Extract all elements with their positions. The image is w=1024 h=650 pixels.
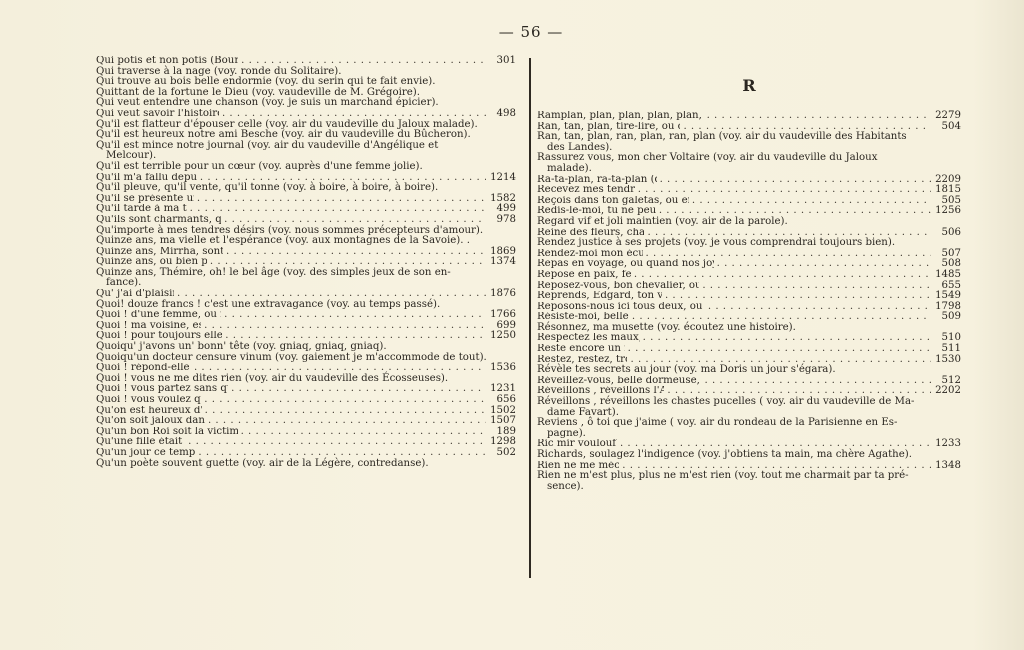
index-entry: Reçois dans ton galetas, ou enfin, v'là … xyxy=(537,196,961,207)
dot-leader xyxy=(226,247,486,258)
section-letter-heading: R xyxy=(537,76,961,95)
index-entry: Quoi ! d'une femme, ou n'est-ce pas d'el… xyxy=(96,310,516,321)
dot-leader xyxy=(717,259,931,270)
dot-leader xyxy=(205,406,486,417)
entry-title: Qu'on est heureux d'être Gascon. xyxy=(96,406,202,417)
entry-title-continuation: sence). xyxy=(537,482,961,493)
entry-title: Rendez justice à ses projets (voy. je vo… xyxy=(537,237,895,248)
entry-reference-number: 301 xyxy=(490,56,516,67)
index-entry: Qu'il est terrible pour un cœur (voy. au… xyxy=(96,162,516,173)
dot-leader xyxy=(204,321,486,332)
index-entry: Regard vif et joli maintien (voy. air de… xyxy=(537,217,961,228)
dot-leader xyxy=(628,344,931,355)
entry-title: Qu'on soit jaloux dans sa jeunesse. xyxy=(96,416,205,427)
entry-title: Quinze ans, ma vielle et l'espérance (vo… xyxy=(96,235,470,246)
entry-reference-number: 504 xyxy=(935,122,961,133)
entry-reference-number: 1256 xyxy=(935,206,961,217)
index-entry: Reposez-vous, bon chevalier, ou que je d… xyxy=(537,281,961,292)
index-entry: Recevez mes tendres secrets.1815 xyxy=(537,185,961,196)
entry-title: Repas en voyage, ou quand nos joyeux ver… xyxy=(537,259,714,270)
entry-reference-number: 1485 xyxy=(935,270,961,281)
index-entry: Respectez les maux, les ennuis.510 xyxy=(537,333,961,344)
dot-leader xyxy=(708,302,931,313)
entry-title: Quoi ! vous voulez que le hasard. xyxy=(96,395,201,406)
entry-title: Quinze ans, Thémire, oh! le bel âge (voy… xyxy=(96,267,451,278)
dot-leader xyxy=(704,376,931,387)
entry-title: Qui trouve au bois belle endormie (voy. … xyxy=(96,76,435,87)
index-entry: Ramplan, plan, plan, plan, plan, plan, p… xyxy=(537,111,961,122)
index-entry: Qu'il se présente un agréable.1582 xyxy=(96,194,516,205)
dot-leader xyxy=(241,427,486,438)
dot-leader xyxy=(204,395,486,406)
index-entry: Ra-ta-plan, ra-ta-plan (des Huguenots).2… xyxy=(537,175,961,186)
entry-title: Quoi ! d'une femme, ou n'est-ce pas d'el… xyxy=(96,310,221,321)
index-entry: Repose en paix, femme jolie1485 xyxy=(537,270,961,281)
index-entry: Qu'il pleuve, qu'il vente, qu'il tonne (… xyxy=(96,183,516,194)
page-number: — 56 — xyxy=(0,23,1024,41)
entry-title: Respectez les maux, les ennuis. xyxy=(537,333,640,344)
dot-leader xyxy=(190,204,486,215)
entry-title: Qu'il se présente un agréable. xyxy=(96,194,194,205)
entry-title: Qu'un poète souvent guette (voy. air de … xyxy=(96,458,429,469)
dot-leader xyxy=(692,196,931,207)
entry-title: Reste encore un moment. xyxy=(537,344,625,355)
index-entry: Quoi ! vous voulez que le hasard.656 xyxy=(96,395,516,406)
entry-title: Recevez mes tendres secrets. xyxy=(537,185,635,196)
entry-title: Rendez-moi mon écuelle de bois. xyxy=(537,249,643,260)
right-column-index: Ramplan, plan, plan, plan, plan, plan, p… xyxy=(537,111,961,492)
index-entry: Qui veut entendre une chanson (voy. je s… xyxy=(96,98,516,109)
index-entry: Quinze ans, Thémire, oh! le bel âge (voy… xyxy=(96,268,516,289)
dot-leader xyxy=(188,437,486,448)
entry-title: Qu'il est terrible pour un cœur (voy. au… xyxy=(96,161,423,172)
dot-leader xyxy=(224,310,486,321)
entry-title: Qu'il pleuve, qu'il vente, qu'il tonne (… xyxy=(96,182,438,193)
entry-title: Réveillons , réveillons les chastes puce… xyxy=(537,396,914,407)
entry-title: Richards, soulagez l'indigence (voy. j'o… xyxy=(537,449,912,460)
index-entry: Quoi! douze francs ! c'est une extravaga… xyxy=(96,300,516,311)
index-entry: Reposons-nous ici tous deux, ou dormez d… xyxy=(537,302,961,313)
index-entry: Quinze ans, ma vielle et l'espérance (vo… xyxy=(96,236,516,247)
entry-title-continuation: fance). xyxy=(96,278,516,289)
entry-title: Révèle tes secrets au jour (voy. ma Dori… xyxy=(537,364,836,375)
entry-title: Quoiqu' j'avons un' bonn' tête (voy. gni… xyxy=(96,341,387,352)
entry-reference-number: 506 xyxy=(935,228,961,239)
index-entry: Qu'il est mince notre journal (voy. air … xyxy=(96,141,516,162)
index-entry: Repas en voyage, ou quand nos joyeux ver… xyxy=(537,259,961,270)
entry-title: Ramplan, plan, plan, plan, plan, plan, p… xyxy=(537,111,704,122)
entry-reference-number: 978 xyxy=(490,215,516,226)
entry-title: Ra-ta-plan, ra-ta-plan (des Huguenots). xyxy=(537,175,657,186)
entry-reference-number: 1250 xyxy=(490,331,516,342)
entry-title: Reposons-nous ici tous deux, ou dormez d… xyxy=(537,302,705,313)
entry-title: Réveillez-vous, belle dormeuse, ou Phili… xyxy=(537,376,701,387)
entry-title: Qui veut entendre une chanson (voy. je s… xyxy=(96,97,439,108)
entry-title: Quoi ! vous ne me dites rien (voy. air d… xyxy=(96,373,448,384)
entry-title: Qui traverse à la nage (voy. ronde du So… xyxy=(96,66,341,77)
index-entry: Quoi ! vous ne me dites rien (voy. air d… xyxy=(96,374,516,385)
entry-title: Ran, tan, plan, ran, plan, ran, plan (vo… xyxy=(537,131,907,142)
entry-reference-number: 656 xyxy=(490,395,516,406)
dot-leader xyxy=(646,249,931,260)
entry-title: Quoi! douze francs ! c'est une extravaga… xyxy=(96,299,440,310)
entry-reference-number: 1214 xyxy=(490,173,516,184)
index-entry: Qu'on est heureux d'être Gascon.1502 xyxy=(96,406,516,417)
entry-reference-number: 1374 xyxy=(490,257,516,268)
entry-reference-number: 498 xyxy=(490,109,516,120)
entry-reference-number: 1876 xyxy=(490,289,516,300)
index-entry: Résonnez, ma musette (voy. écoutez une h… xyxy=(537,323,961,334)
index-entry: Qu'on soit jaloux dans sa jeunesse.1507 xyxy=(96,416,516,427)
entry-title: Reprends, Edgard, ton vaillant cimeterre… xyxy=(537,291,662,302)
entry-title: Rassurez vous, mon cher Voltaire (voy. a… xyxy=(537,152,877,163)
entry-title-continuation: malade). xyxy=(537,164,961,175)
entry-title: Rien ne m'est plus, plus ne m'est rien (… xyxy=(537,470,909,481)
index-entry: Quoiqu'un docteur censure vinum (voy. ga… xyxy=(96,353,516,364)
dot-leader xyxy=(643,333,931,344)
entry-title: Qu'il est flatteur d'épouser celle (voy.… xyxy=(96,119,478,130)
entry-title: Reviens , ô toi que j'aime ( voy. air du… xyxy=(537,417,897,428)
column-divider xyxy=(529,58,531,578)
entry-title: Quinze ans, Mirrha, sont à peine votre â… xyxy=(96,247,223,258)
dot-leader xyxy=(638,185,931,196)
index-entry: Rien ne m'est plus, plus ne m'est rien (… xyxy=(537,471,961,492)
entry-title: Regard vif et joli maintien (voy. air de… xyxy=(537,216,788,227)
index-entry: Rassurez vous, mon cher Voltaire (voy. a… xyxy=(537,153,961,174)
entry-title: Résonnez, ma musette (voy. écoutez une h… xyxy=(537,322,796,333)
entry-title-continuation: pagne). xyxy=(537,429,961,440)
entry-reference-number: 1233 xyxy=(935,439,961,450)
entry-reference-number: 2279 xyxy=(935,111,961,122)
index-entry: Rendez-moi mon écuelle de bois.507 xyxy=(537,249,961,260)
index-entry: Qu'une fille était étonnée..1298 xyxy=(96,437,516,448)
dot-leader xyxy=(702,281,931,292)
entry-reference-number: 502 xyxy=(490,448,516,459)
index-entry: Réveillons , réveillons les chastes puce… xyxy=(537,397,961,418)
entry-title: Qu'importe à mes tendres désirs (voy. no… xyxy=(96,225,483,236)
entry-reference-number: 1536 xyxy=(490,363,516,374)
index-entry: Richards, soulagez l'indigence (voy. j'o… xyxy=(537,450,961,461)
dot-leader xyxy=(634,270,931,281)
document-page: — 56 — Qui potis et non potis (Bourbonna… xyxy=(0,0,1024,650)
entry-reference-number: 509 xyxy=(935,312,961,323)
index-entry: Reviens , ô toi que j'aime ( voy. air du… xyxy=(537,418,961,439)
entry-title: Reçois dans ton galetas, ou enfin, v'là … xyxy=(537,196,689,207)
entry-title: Quoiqu'un docteur censure vinum (voy. ga… xyxy=(96,352,487,363)
index-entry: Quoi ! ma voisine, es-tu fâchée ?.699 xyxy=(96,321,516,332)
index-entry: Reste encore un moment.511 xyxy=(537,344,961,355)
entry-title: Qu'il est heureux notre ami Besche (voy.… xyxy=(96,129,471,140)
index-entry: Révèle tes secrets au jour (voy. ma Dori… xyxy=(537,365,961,376)
index-entry: Qu'un poète souvent guette (voy. air de … xyxy=(96,459,516,470)
index-entry: Rendez justice à ses projets (voy. je vo… xyxy=(537,238,961,249)
entry-reference-number: 2202 xyxy=(935,386,961,397)
index-entry: Qu'un bon Roi soit la victime, ou c'est … xyxy=(96,427,516,438)
entry-reference-number: 1348 xyxy=(935,461,961,472)
entry-title: Reposez-vous, bon chevalier, ou que je d… xyxy=(537,281,699,292)
index-entry: Qu'il tarde à ma tendresse.499 xyxy=(96,204,516,215)
dot-leader xyxy=(660,175,931,186)
dot-leader xyxy=(197,194,486,205)
entry-title: Quoi ! vous partez sans que rien vous ar… xyxy=(96,384,228,395)
dot-leader xyxy=(665,291,931,302)
index-entry: Réveillez-vous, belle dormeuse, ou Phili… xyxy=(537,376,961,387)
entry-reference-number: 1530 xyxy=(935,355,961,366)
left-column-index: Qui potis et non potis (Bourbonnaise du … xyxy=(96,56,516,469)
dot-leader xyxy=(707,111,931,122)
index-entry: Reprends, Edgard, ton vaillant cimeterre… xyxy=(537,291,961,302)
entry-title: Quoi ! ma voisine, es-tu fâchée ?. xyxy=(96,321,201,332)
entry-title: Qu'il tarde à ma tendresse. xyxy=(96,204,187,215)
dot-leader xyxy=(208,416,486,427)
dot-leader xyxy=(231,384,486,395)
entry-title: Repose en paix, femme jolie xyxy=(537,270,631,281)
entry-title: Qu'une fille était étonnée.. xyxy=(96,437,185,448)
entry-title: Qu'un bon Roi soit la victime, ou c'est … xyxy=(96,427,238,438)
index-entry: Quoi ! vous partez sans que rien vous ar… xyxy=(96,384,516,395)
index-entry: Ran, tan, plan, ran, plan, ran, plan (vo… xyxy=(537,132,961,153)
index-entry: Quinze ans, Mirrha, sont à peine votre â… xyxy=(96,247,516,258)
